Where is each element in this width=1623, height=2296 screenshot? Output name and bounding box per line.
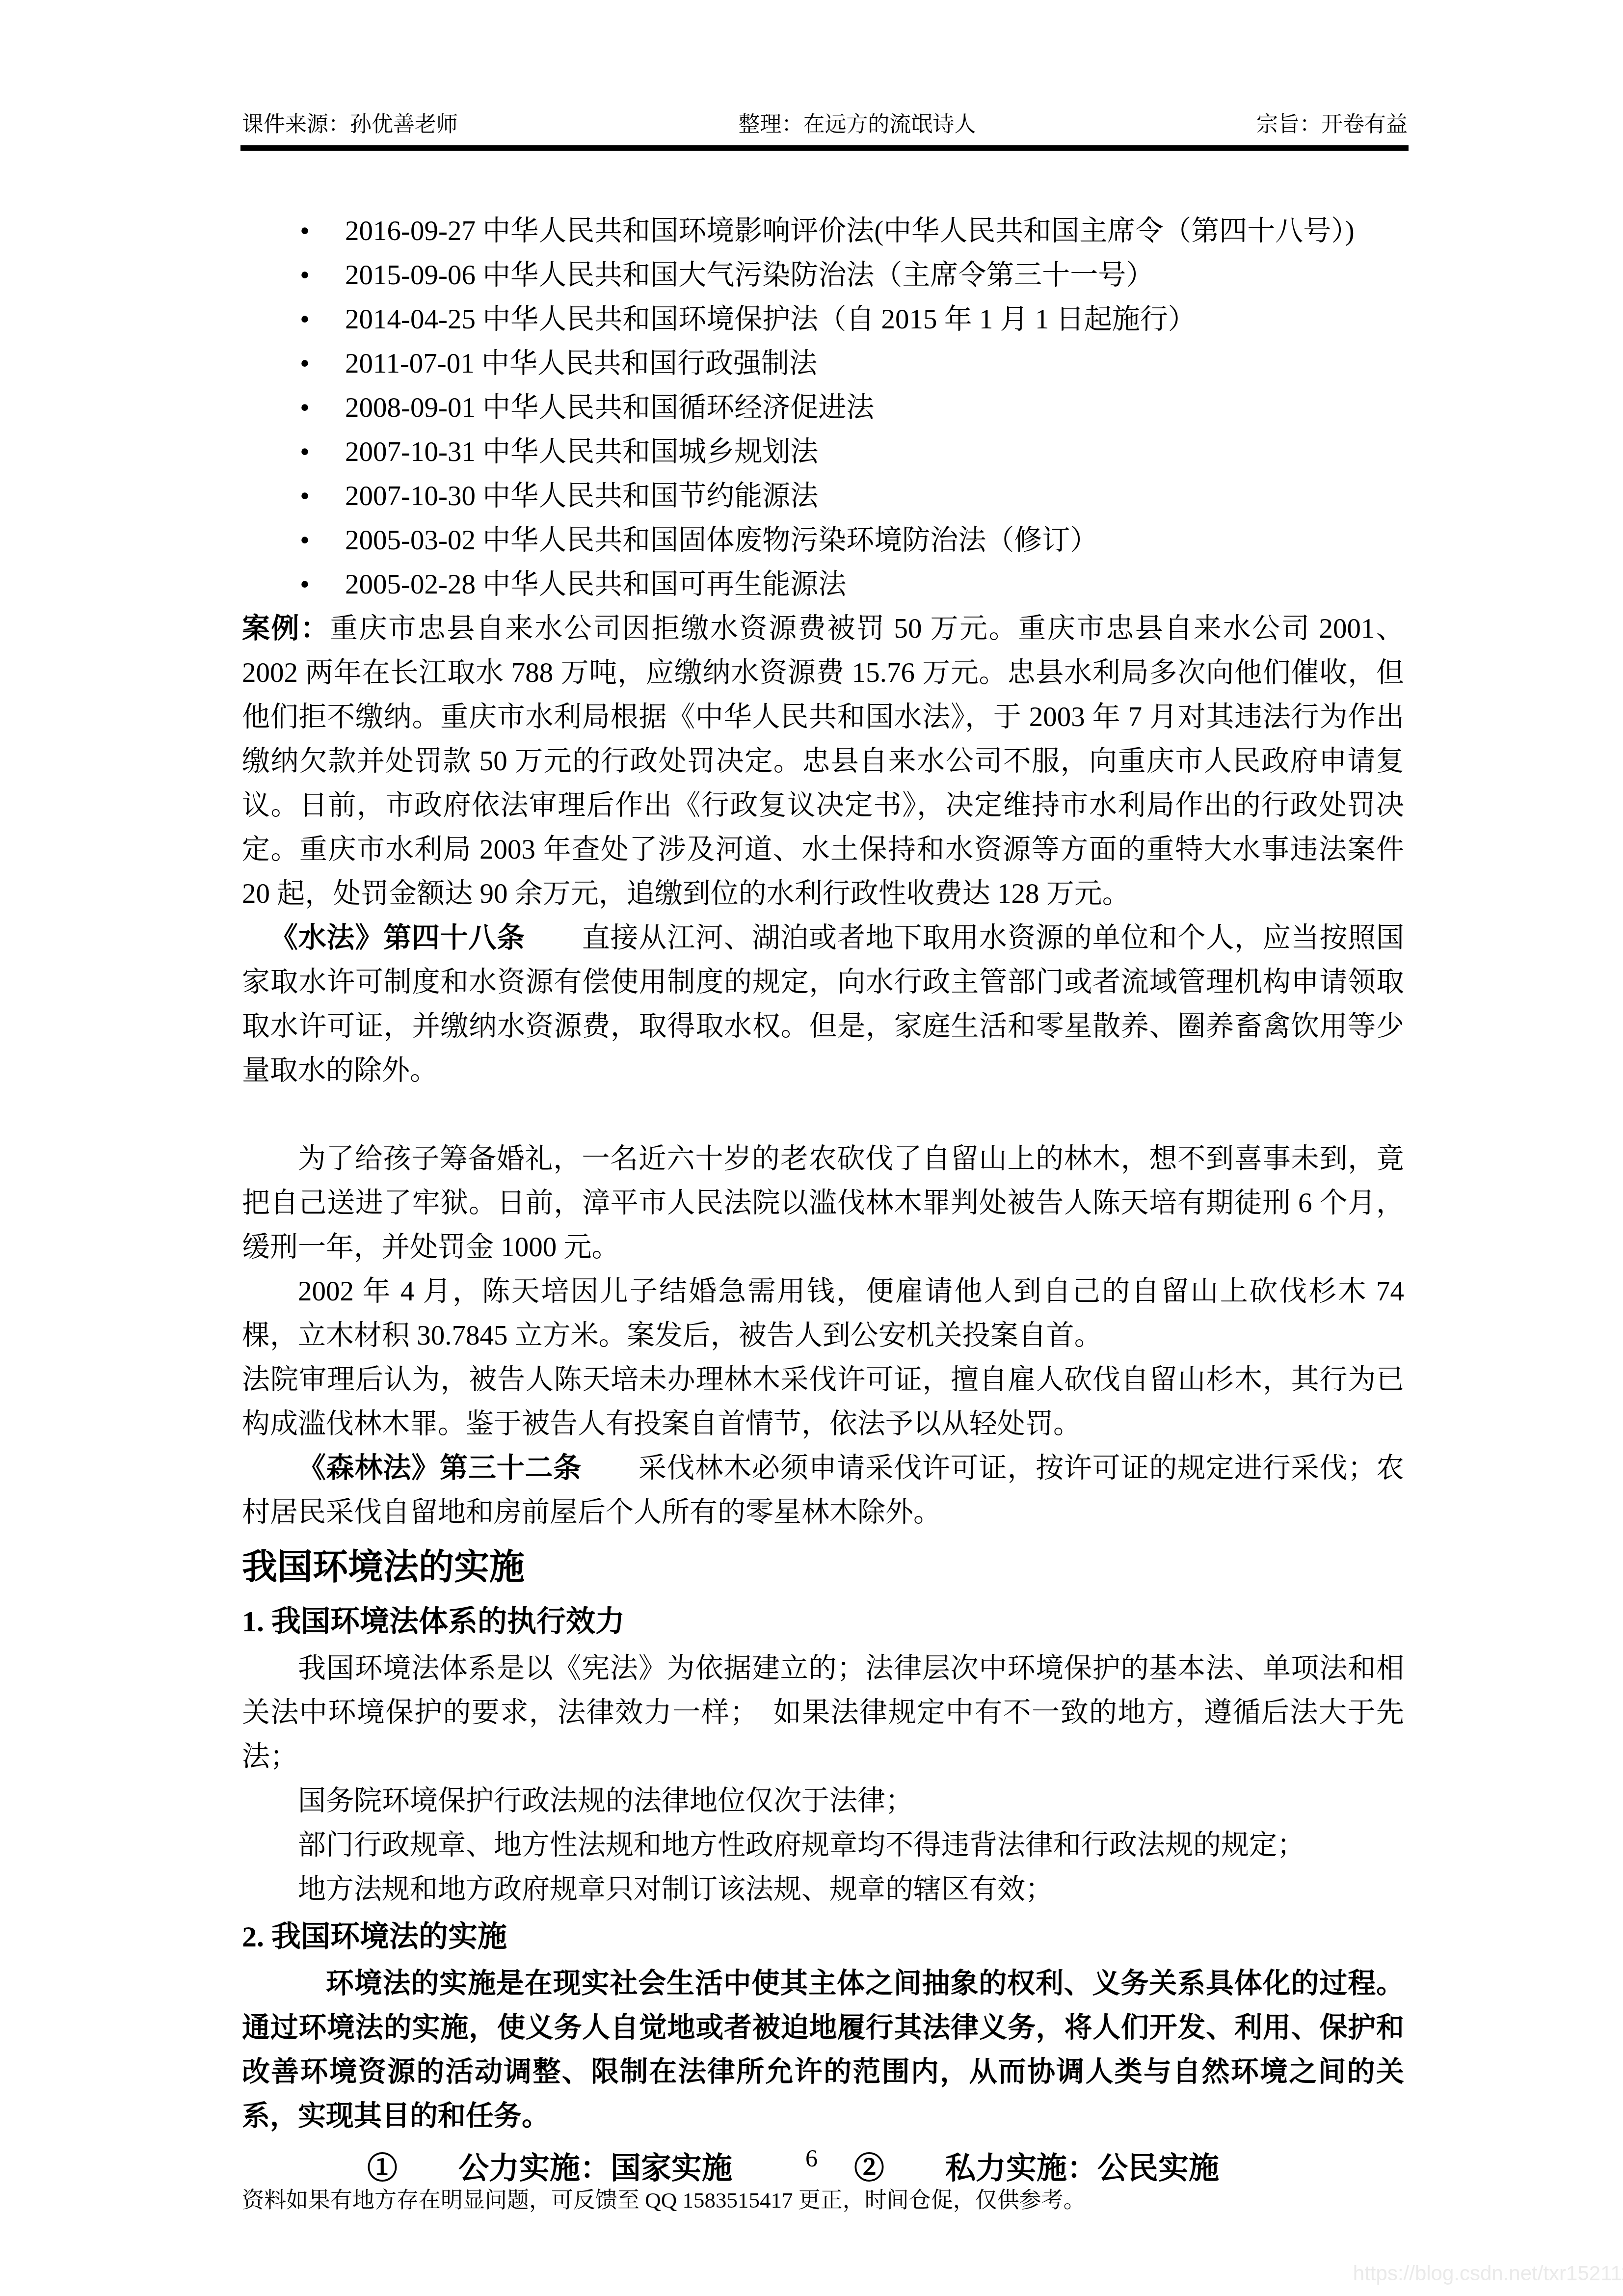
header-editor: 整理：在远方的流氓诗人 [739, 111, 976, 138]
header-source: 课件来源：孙优善老师 [242, 111, 458, 138]
water-law-paragraph: 《水法》第四十八条 直接从江河、湖泊或者地下取用水资源的单位和个人，应当按照国家… [242, 916, 1404, 1093]
subsection-2-heading: 2. 我国环境法的实施 [242, 1912, 1404, 1962]
story-paragraph-3: 法院审理后认为，被告人陈天培未办理林木采伐许可证，擅自雇人砍伐自留山杉木，其行为… [242, 1358, 1404, 1446]
header-rule [240, 145, 1409, 151]
story-paragraph-1: 为了给孩子筹备婚礼，一名近六十岁的老农砍伐了自留山上的林木，想不到喜事未到，竟把… [242, 1137, 1404, 1270]
law-item: 2016-09-27 中华人民共和国环境影响评价法(中华人民共和国主席令（第四十… [242, 209, 1404, 253]
law-item: 2005-03-02 中华人民共和国固体废物污染环境防治法（修订） [242, 518, 1404, 563]
subsection-1-paragraph-2: 国务院环境保护行政法规的法律地位仅次于法律； [242, 1779, 1404, 1823]
subsection-1-paragraph-4: 地方法规和地方政府规章只对制订该法规、规章的辖区有效； [242, 1867, 1404, 1912]
law-item: 2014-04-25 中华人民共和国环境保护法（自 2015 年 1 月 1 日… [242, 297, 1404, 342]
law-item: 2005-02-28 中华人民共和国可再生能源法 [242, 563, 1404, 607]
law-list: 2016-09-27 中华人民共和国环境影响评价法(中华人民共和国主席令（第四十… [242, 209, 1404, 607]
document-page: 课件来源：孙优善老师 整理：在远方的流氓诗人 宗旨：开卷有益 2016-09-2… [0, 0, 1623, 2296]
forest-law-label: 《森林法》第三十二条 [298, 1453, 582, 1484]
subsection-2-paragraph: 环境法的实施是在现实社会生活中使其主体之间抽象的权利、义务关系具体化的过程。通过… [242, 1962, 1404, 2138]
law-item: 2007-10-31 中华人民共和国城乡规划法 [242, 430, 1404, 474]
law-item: 2015-09-06 中华人民共和国大气污染防治法（主席令第三十一号） [242, 253, 1404, 297]
case-text: 重庆市忠县自来水公司因拒缴水资源费被罚 50 万元。重庆市忠县自来水公司 200… [242, 613, 1404, 909]
law-item: 2007-10-30 中华人民共和国节约能源法 [242, 474, 1404, 518]
subsection-1-paragraph-1: 我国环境法体系是以《宪法》为依据建立的；法律层次中环境保护的基本法、单项法和相关… [242, 1647, 1404, 1779]
case-paragraph: 案例：重庆市忠县自来水公司因拒缴水资源费被罚 50 万元。重庆市忠县自来水公司 … [242, 607, 1404, 916]
section-heading: 我国环境法的实施 [242, 1538, 1404, 1596]
document-body: 2016-09-27 中华人民共和国环境影响评价法(中华人民共和国主席令（第四十… [242, 181, 1404, 2197]
header-motto: 宗旨：开卷有益 [1256, 111, 1408, 138]
blank-line [242, 1093, 1404, 1137]
law-item: 2008-09-01 中华人民共和国循环经济促进法 [242, 386, 1404, 430]
watermark-url: https://blog.csdn.net/txr152111 [1353, 2262, 1623, 2285]
story-paragraph-2: 2002 年 4 月，陈天培因儿子结婚急需用钱，便雇请他人到自己的自留山上砍伐杉… [242, 1270, 1404, 1358]
water-law-label: 《水法》第四十八条 [270, 922, 525, 953]
forest-law-paragraph: 《森林法》第三十二条 采伐林木必须申请采伐许可证，按许可证的规定进行采伐；农村居… [242, 1446, 1404, 1535]
case-label: 案例： [242, 613, 330, 644]
subsection-1-heading: 1. 我国环境法体系的执行效力 [242, 1596, 1404, 1647]
subsection-1-paragraph-3: 部门行政规章、地方性法规和地方性政府规章均不得违背法律和行政法规的规定； [242, 1823, 1404, 1867]
footer-note: 资料如果有地方存在明显问题，可反馈至 QQ 1583515417 更正，时间仓促… [242, 2186, 1086, 2215]
law-item: 2011-07-01 中华人民共和国行政强制法 [242, 342, 1404, 386]
page-header: 课件来源：孙优善老师 整理：在远方的流氓诗人 宗旨：开卷有益 [242, 111, 1408, 138]
page-number: 6 [0, 2143, 1623, 2173]
